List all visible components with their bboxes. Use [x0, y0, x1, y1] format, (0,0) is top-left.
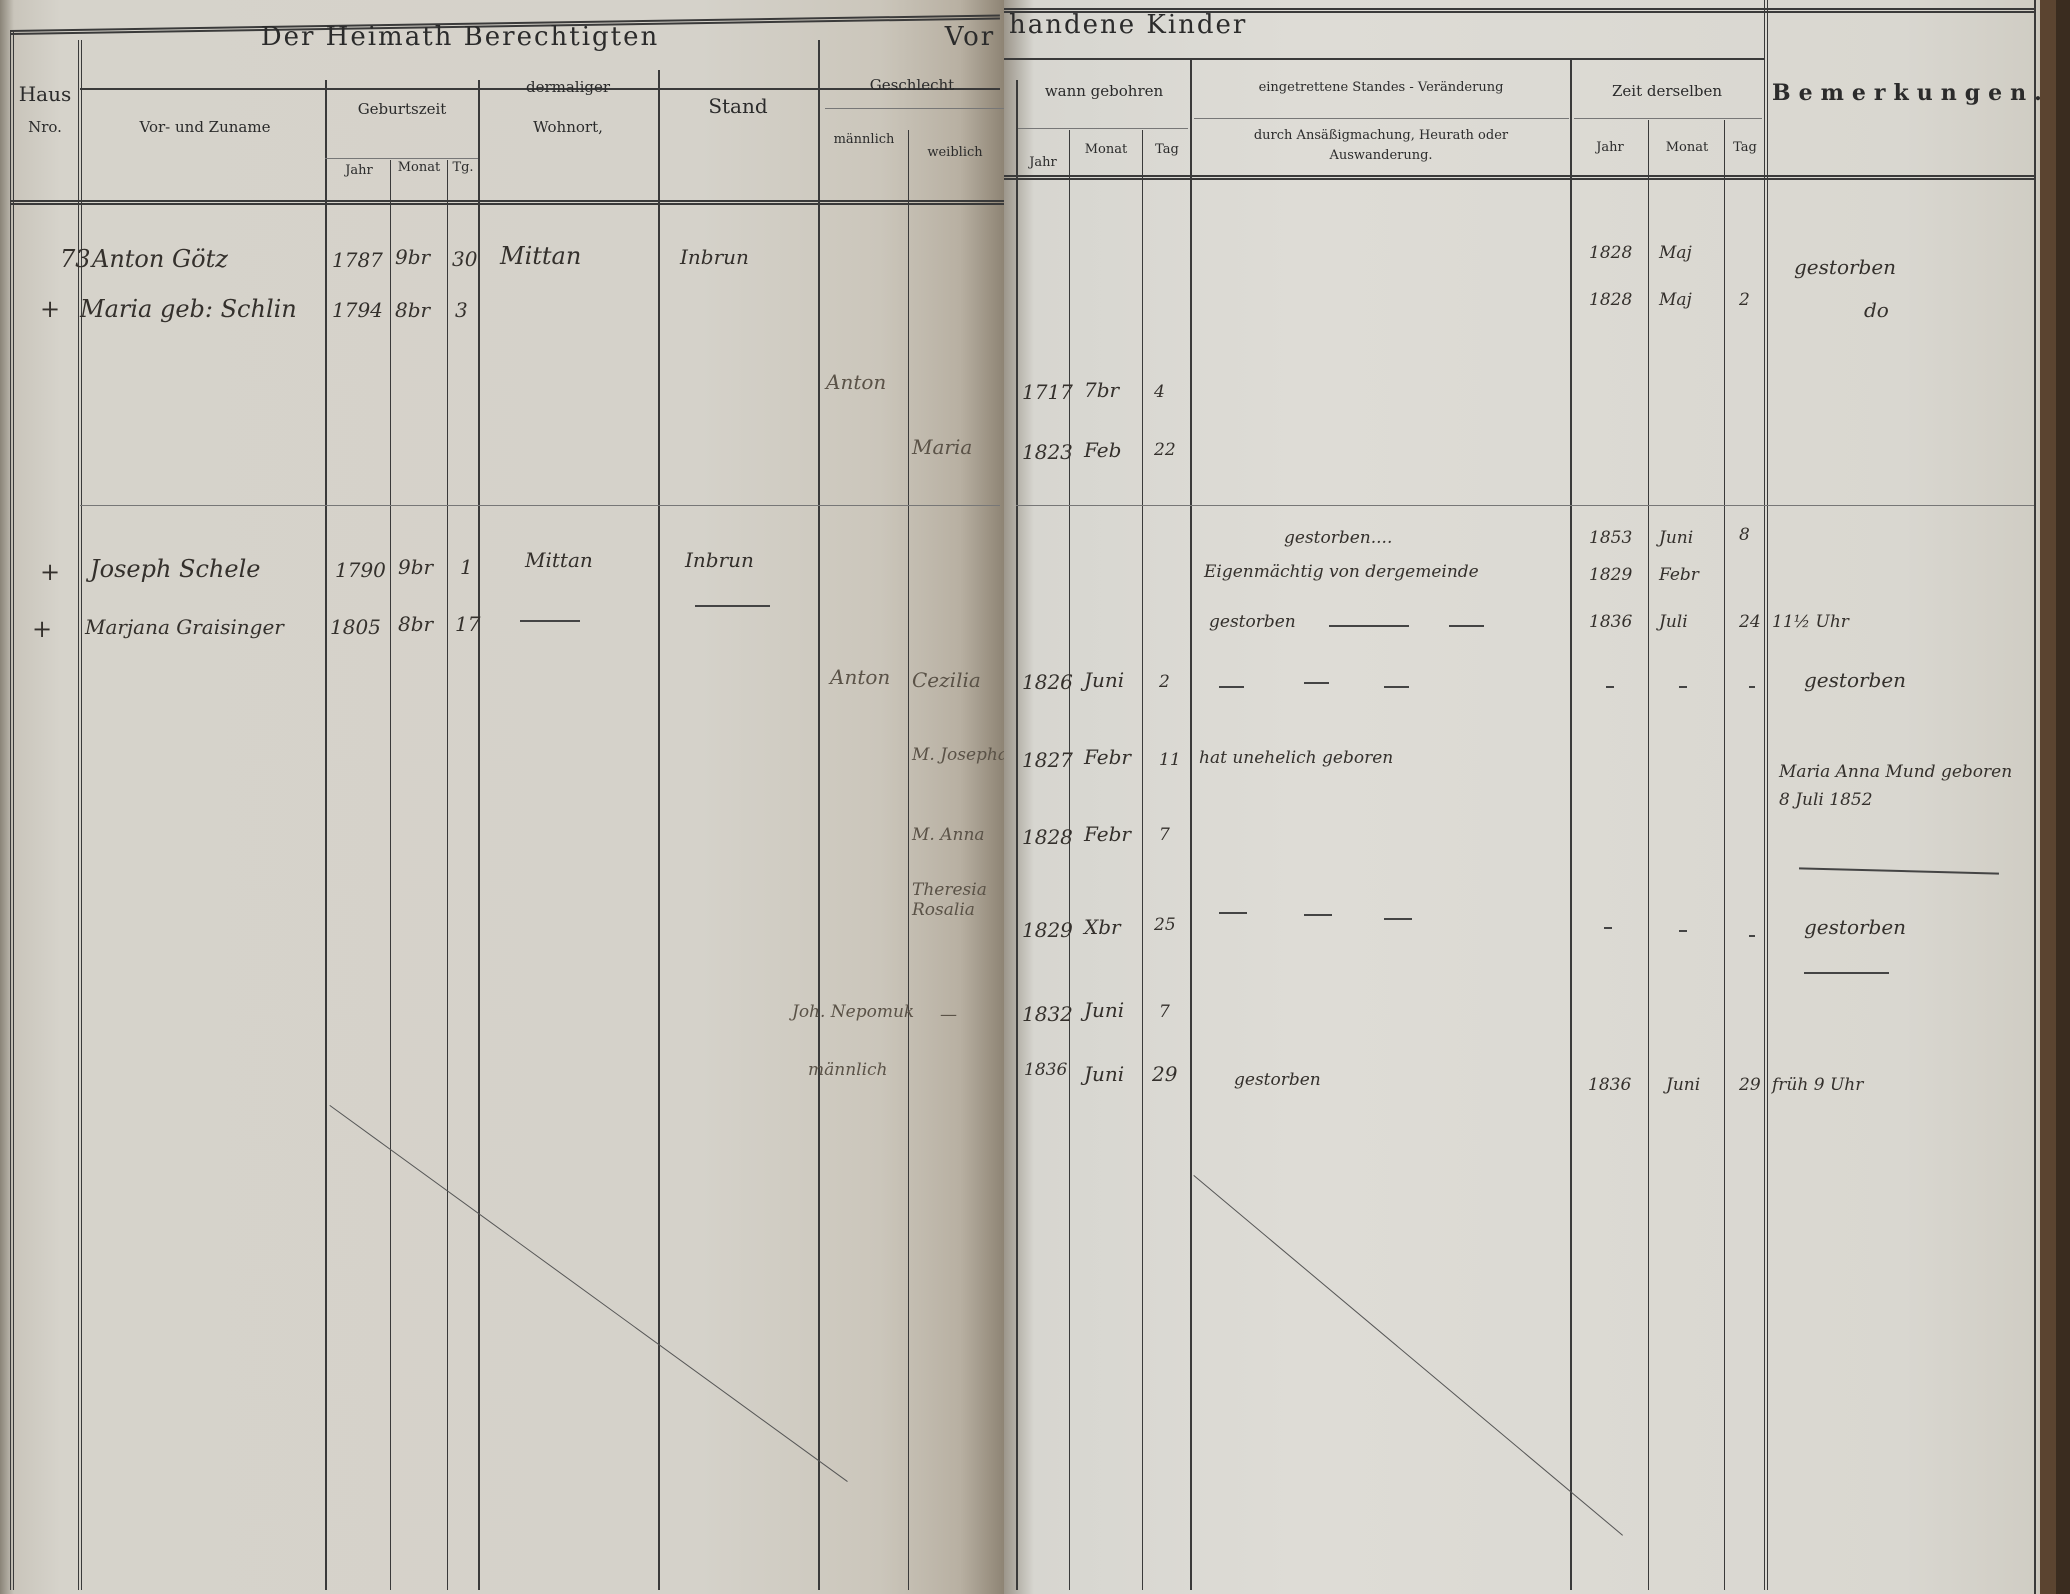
ditto-dash: [1329, 625, 1409, 627]
residence: Mittan: [500, 242, 581, 270]
status-change: gestorben: [1209, 612, 1296, 632]
ditto-dash: [1304, 682, 1329, 684]
stand-header: Stand: [660, 94, 816, 118]
child-female: —: [940, 1005, 957, 1025]
birth-month: 9br: [398, 555, 433, 579]
child-female: M. Anna: [912, 825, 985, 845]
name-header: Vor- und Zuname: [85, 118, 325, 136]
ditto-dash: [1384, 918, 1412, 920]
event-year: 1828: [1589, 243, 1632, 263]
wohnort-column-border: [658, 70, 660, 1590]
veraenderung-sub-header-1: durch Ansäßigmachung, Heurath oder: [1192, 128, 1570, 143]
child-birth-month: Febr: [1084, 822, 1131, 846]
child-birth-day: 29: [1152, 1062, 1177, 1086]
child-birth-day: 7: [1159, 825, 1170, 845]
wohnort-header-line2: Wohnort,: [480, 118, 656, 136]
remark: früh 9 Uhr: [1772, 1075, 1863, 1095]
title-underline: [1004, 58, 1764, 60]
cancel-diagonal: [329, 1105, 847, 1482]
birth-day: 3: [455, 298, 468, 322]
event-year: 1836: [1588, 1075, 1631, 1095]
death-mark: +: [40, 295, 60, 323]
ditto-dash: [1449, 625, 1484, 627]
kind-tag-header: Tag: [1144, 142, 1190, 157]
child-female: Cezilia: [912, 668, 981, 692]
birth-jahr-left-border: [1016, 80, 1018, 1590]
remark: gestorben: [1804, 915, 1906, 939]
zeit-tag-header: Tag: [1726, 140, 1764, 155]
person-name: Anton Götz: [92, 245, 228, 273]
status-change: hat unehelich geboren: [1199, 748, 1393, 768]
kind-jahr-header: Jahr: [1018, 155, 1068, 170]
ditto-dash: [1384, 686, 1409, 688]
haus-number: 73: [60, 245, 91, 273]
child-birth-month: Juni: [1084, 668, 1124, 692]
strikethrough-remark: [1799, 867, 1999, 874]
child-birth-year: 1826: [1022, 670, 1073, 694]
child-birth-month: Feb: [1084, 438, 1121, 462]
geburt-tag-header: Tg.: [449, 160, 477, 175]
bemerkungen-header: Bemerkungen.: [1772, 80, 2032, 106]
child-male: Joh. Nepomuk: [792, 1002, 914, 1022]
event-month: Juni: [1666, 1075, 1700, 1095]
child-birth-month: Xbr: [1084, 915, 1121, 939]
weiblich-header: weiblich: [910, 145, 1000, 160]
ditto-dash: [1219, 686, 1244, 688]
event-day: 29: [1739, 1075, 1761, 1095]
status-change: Eigenmächtig von dergemeinde: [1204, 562, 1479, 582]
child-male: Anton: [830, 665, 890, 689]
event-month: Febr: [1659, 565, 1699, 585]
zeit-derselben-header: Zeit derselben: [1572, 82, 1762, 100]
bemerkungen-border: [1764, 0, 1768, 1590]
outer-border-left: [10, 30, 14, 1590]
child-birth-day: 2: [1159, 672, 1170, 692]
status-change: gestorben: [1234, 1070, 1321, 1090]
left-page: Der Heimath Berechtigten Haus Nro. Vor- …: [0, 0, 1010, 1594]
event-month: Maj: [1659, 290, 1692, 310]
remark-ditto: do: [1864, 298, 1889, 322]
right-page-title: handene Kinder: [1009, 10, 1269, 40]
veraenderung-sub-line: [1194, 118, 1569, 119]
remark: 11½ Uhr: [1772, 612, 1849, 632]
veraenderung-header: eingetrettene Standes - Veränderung: [1192, 80, 1570, 95]
household-separator: [80, 505, 1000, 506]
veraenderung-sub-header-2: Auswanderung.: [1192, 148, 1570, 163]
maennlich-header: männlich: [822, 132, 906, 147]
stand-column-border: [818, 40, 820, 1590]
person-name: Marjana Graisinger: [85, 615, 284, 639]
event-year: 1853: [1589, 528, 1632, 548]
birth-day: 1: [460, 555, 473, 579]
ditto-dash: [1679, 686, 1687, 688]
child-birth-year: 1828: [1022, 825, 1073, 849]
ditto-dash: [1749, 935, 1755, 937]
nro-header: Nro.: [14, 118, 76, 136]
name-column-border: [325, 80, 327, 1590]
remark: Maria Anna Mund geboren 8 Juli 1852: [1779, 758, 2024, 814]
ditto-dash: [1679, 930, 1687, 932]
event-month: Juni: [1659, 528, 1693, 548]
geburtszeit-header: Geburtszeit: [328, 100, 476, 118]
monat-column-border: [447, 160, 448, 1590]
status-change: gestorben....: [1284, 528, 1392, 548]
event-day: 2: [1739, 290, 1750, 310]
birth-month: 9br: [395, 245, 430, 269]
birth-year: 1790: [335, 558, 386, 582]
zeit-monat-border: [1724, 120, 1725, 1590]
person-name: Maria geb: Schlin: [80, 295, 297, 323]
geburtszeit-sub-line: [325, 158, 478, 159]
wohnort-header-line1: dermaliger: [480, 78, 656, 96]
child-female: Theresia Rosalia: [912, 880, 1002, 920]
residence: Mittan: [525, 548, 593, 572]
wann-gebohren-header: wann gebohren: [1018, 82, 1190, 100]
birth-year: 1794: [332, 298, 383, 322]
geburtszeit-column-border: [478, 80, 480, 1590]
event-day: 24: [1739, 612, 1761, 632]
zeit-monat-header: Monat: [1650, 140, 1724, 155]
veraenderung-border: [1570, 60, 1572, 1590]
wann-gebohren-border: [1190, 60, 1192, 1590]
event-year: 1828: [1589, 290, 1632, 310]
event-month: Maj: [1659, 243, 1692, 263]
event-month: Juli: [1659, 612, 1688, 632]
event-year: 1836: [1589, 612, 1632, 632]
birth-day: 30: [452, 247, 477, 271]
birth-month: 8br: [395, 298, 430, 322]
child-birth-month: 7br: [1084, 378, 1119, 402]
status: Inbrun: [685, 548, 754, 572]
wann-sub-line: [1018, 128, 1188, 129]
child-birth-day: 4: [1154, 382, 1165, 402]
header-bottom-border: [1004, 175, 2034, 180]
right-page: handene Kinder wann gebohren Jahr Monat …: [1004, 0, 2056, 1594]
child-male: Anton: [826, 370, 886, 394]
zeit-jahr-border: [1648, 120, 1649, 1590]
ditto-dash: [1604, 927, 1612, 929]
child-birth-day: 7: [1159, 1002, 1170, 1022]
haus-header: Haus: [14, 82, 76, 106]
death-mark: +: [32, 615, 52, 643]
geburt-monat-header: Monat: [392, 160, 446, 175]
jahr-column-border: [390, 160, 391, 1590]
left-page-title: Der Heimath Berechtigten: [250, 22, 670, 52]
kind-monat-header: Monat: [1070, 142, 1142, 157]
event-day: 8: [1739, 525, 1750, 545]
strikethrough-remark: [1804, 972, 1889, 974]
child-birth-day: 22: [1154, 440, 1176, 460]
remark: gestorben: [1794, 255, 1896, 279]
cancel-diagonal: [1193, 1175, 1623, 1536]
child-female: M. Josepha: [912, 745, 1008, 765]
child-birth-day: 11: [1159, 750, 1181, 770]
child-birth-year: 1717: [1022, 380, 1073, 404]
child-birth-year: 1836: [1024, 1060, 1067, 1080]
zeit-jahr-header: Jahr: [1572, 140, 1648, 155]
child-birth-year: 1827: [1022, 748, 1073, 772]
ditto-dash: [695, 605, 770, 607]
child-birth-year: 1832: [1022, 1002, 1073, 1026]
child-female: Maria: [912, 435, 972, 459]
household-separator: [1016, 505, 2034, 506]
birth-year: 1805: [330, 615, 381, 639]
ditto-dash: [1749, 686, 1755, 688]
geschlecht-sub-line: [825, 108, 1005, 109]
book-edge: [2040, 0, 2056, 1594]
child-birth-year: 1823: [1022, 440, 1073, 464]
ditto-dash: [1606, 686, 1614, 688]
child-male: männlich: [808, 1060, 888, 1080]
outer-border-right: [2034, 0, 2036, 1594]
death-mark: +: [40, 558, 60, 586]
geschlecht-header: Geschlecht: [822, 76, 1002, 94]
title-vor-part: Vor: [935, 22, 1005, 52]
birth-jahr-border: [1069, 130, 1070, 1590]
child-birth-month: Juni: [1084, 998, 1124, 1022]
birth-day: 17: [455, 612, 480, 636]
zeit-sub-line: [1574, 118, 1762, 119]
geburt-jahr-header: Jahr: [330, 163, 388, 178]
remark: gestorben: [1804, 668, 1906, 692]
ditto-dash: [1304, 914, 1332, 916]
ditto-dash: [520, 620, 580, 622]
ditto-dash: [1219, 912, 1247, 914]
child-birth-year: 1829: [1022, 918, 1073, 942]
header-bottom-border: [10, 200, 1005, 205]
child-birth-month: Febr: [1084, 745, 1131, 769]
child-birth-day: 25: [1154, 915, 1176, 935]
birth-monat-border: [1142, 130, 1143, 1590]
geschlecht-split-border: [908, 130, 909, 1590]
status: Inbrun: [680, 245, 749, 269]
person-name: Joseph Schele: [90, 555, 260, 583]
event-year: 1829: [1589, 565, 1632, 585]
child-birth-month: Juni: [1084, 1062, 1124, 1086]
birth-month: 8br: [398, 612, 433, 636]
birth-year: 1787: [332, 248, 383, 272]
